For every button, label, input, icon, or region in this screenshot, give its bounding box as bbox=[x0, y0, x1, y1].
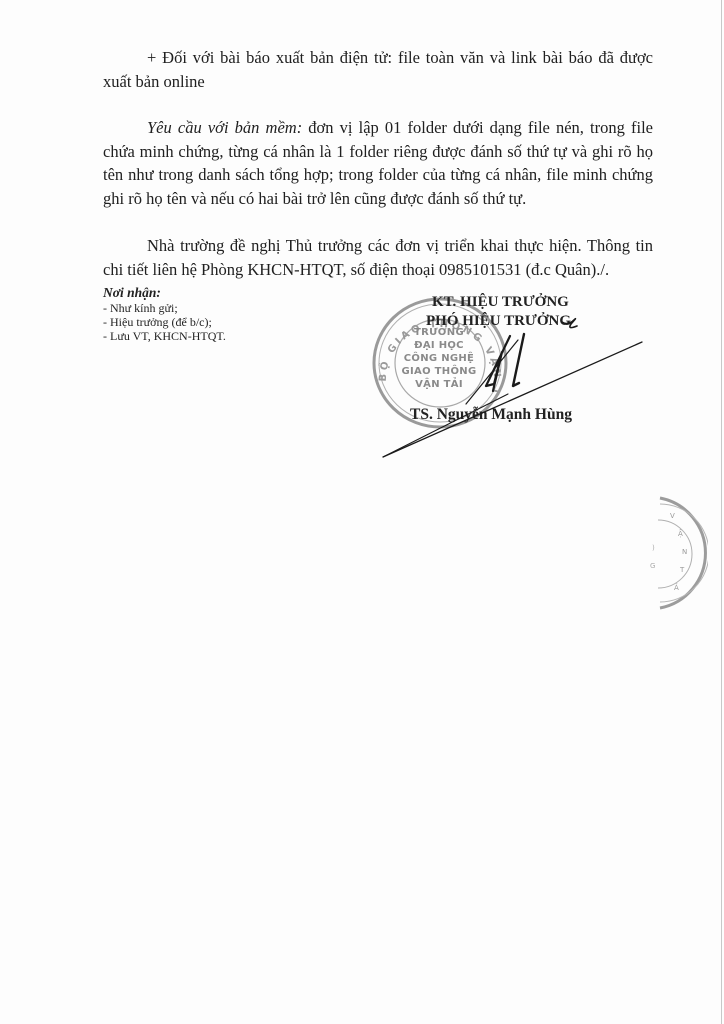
signer-title-2: PHÓ HIỆU TRƯỞNG bbox=[426, 313, 571, 330]
svg-text:Ậ: Ậ bbox=[678, 529, 683, 538]
document-page: + Đối với bài báo xuất bản điện tử: file… bbox=[0, 0, 724, 1024]
paragraph-soft-copy-requirements: Yêu cầu với bản mềm: đơn vị lập 01 folde… bbox=[103, 116, 653, 210]
stamp-line: GIAO THÔNG bbox=[394, 365, 484, 378]
paragraph-label: Yêu cầu với bản mềm: bbox=[147, 118, 302, 137]
recipients-block: Nơi nhận: - Như kính gửi; - Hiệu trưởng … bbox=[103, 285, 226, 343]
stamp-center-text: TRƯỜNG ĐẠI HỌC CÔNG NGHỆ GIAO THÔNG VẬN … bbox=[394, 326, 484, 391]
stamp-line: CÔNG NGHỆ bbox=[394, 352, 484, 365]
svg-text:G: G bbox=[650, 562, 655, 570]
recipient-item: - Lưu VT, KHCN-HTQT. bbox=[103, 329, 226, 343]
signer-title-1: KT. HIỆU TRƯỞNG bbox=[432, 294, 569, 311]
recipient-item: - Hiệu trưởng (để b/c); bbox=[103, 315, 226, 329]
paragraph-contact-info: Nhà trường đề nghị Thủ trưởng các đơn vị… bbox=[103, 234, 653, 281]
paragraph-electronic-articles: + Đối với bài báo xuất bản điện tử: file… bbox=[103, 46, 653, 93]
stamp-line: VẬN TẢI bbox=[394, 378, 484, 391]
paragraph-text: Nhà trường đề nghị Thủ trưởng các đơn vị… bbox=[103, 236, 653, 279]
stamp-line: ĐẠI HỌC bbox=[394, 339, 484, 352]
svg-text:N: N bbox=[682, 548, 687, 556]
signer-name: TS. Nguyễn Mạnh Hùng bbox=[410, 406, 572, 424]
svg-text:T: T bbox=[679, 566, 685, 574]
svg-text:V: V bbox=[670, 512, 675, 520]
page-edge-line bbox=[721, 0, 722, 1024]
svg-text:): ) bbox=[652, 544, 655, 552]
svg-text:Ả: Ả bbox=[674, 583, 679, 592]
recipient-item: - Như kính gửi; bbox=[103, 301, 226, 315]
paragraph-text: + Đối với bài báo xuất bản điện tử: file… bbox=[103, 48, 653, 91]
recipients-title: Nơi nhận: bbox=[103, 285, 226, 301]
partial-seal-icon: V Ậ N T Ả ) G bbox=[648, 490, 708, 615]
